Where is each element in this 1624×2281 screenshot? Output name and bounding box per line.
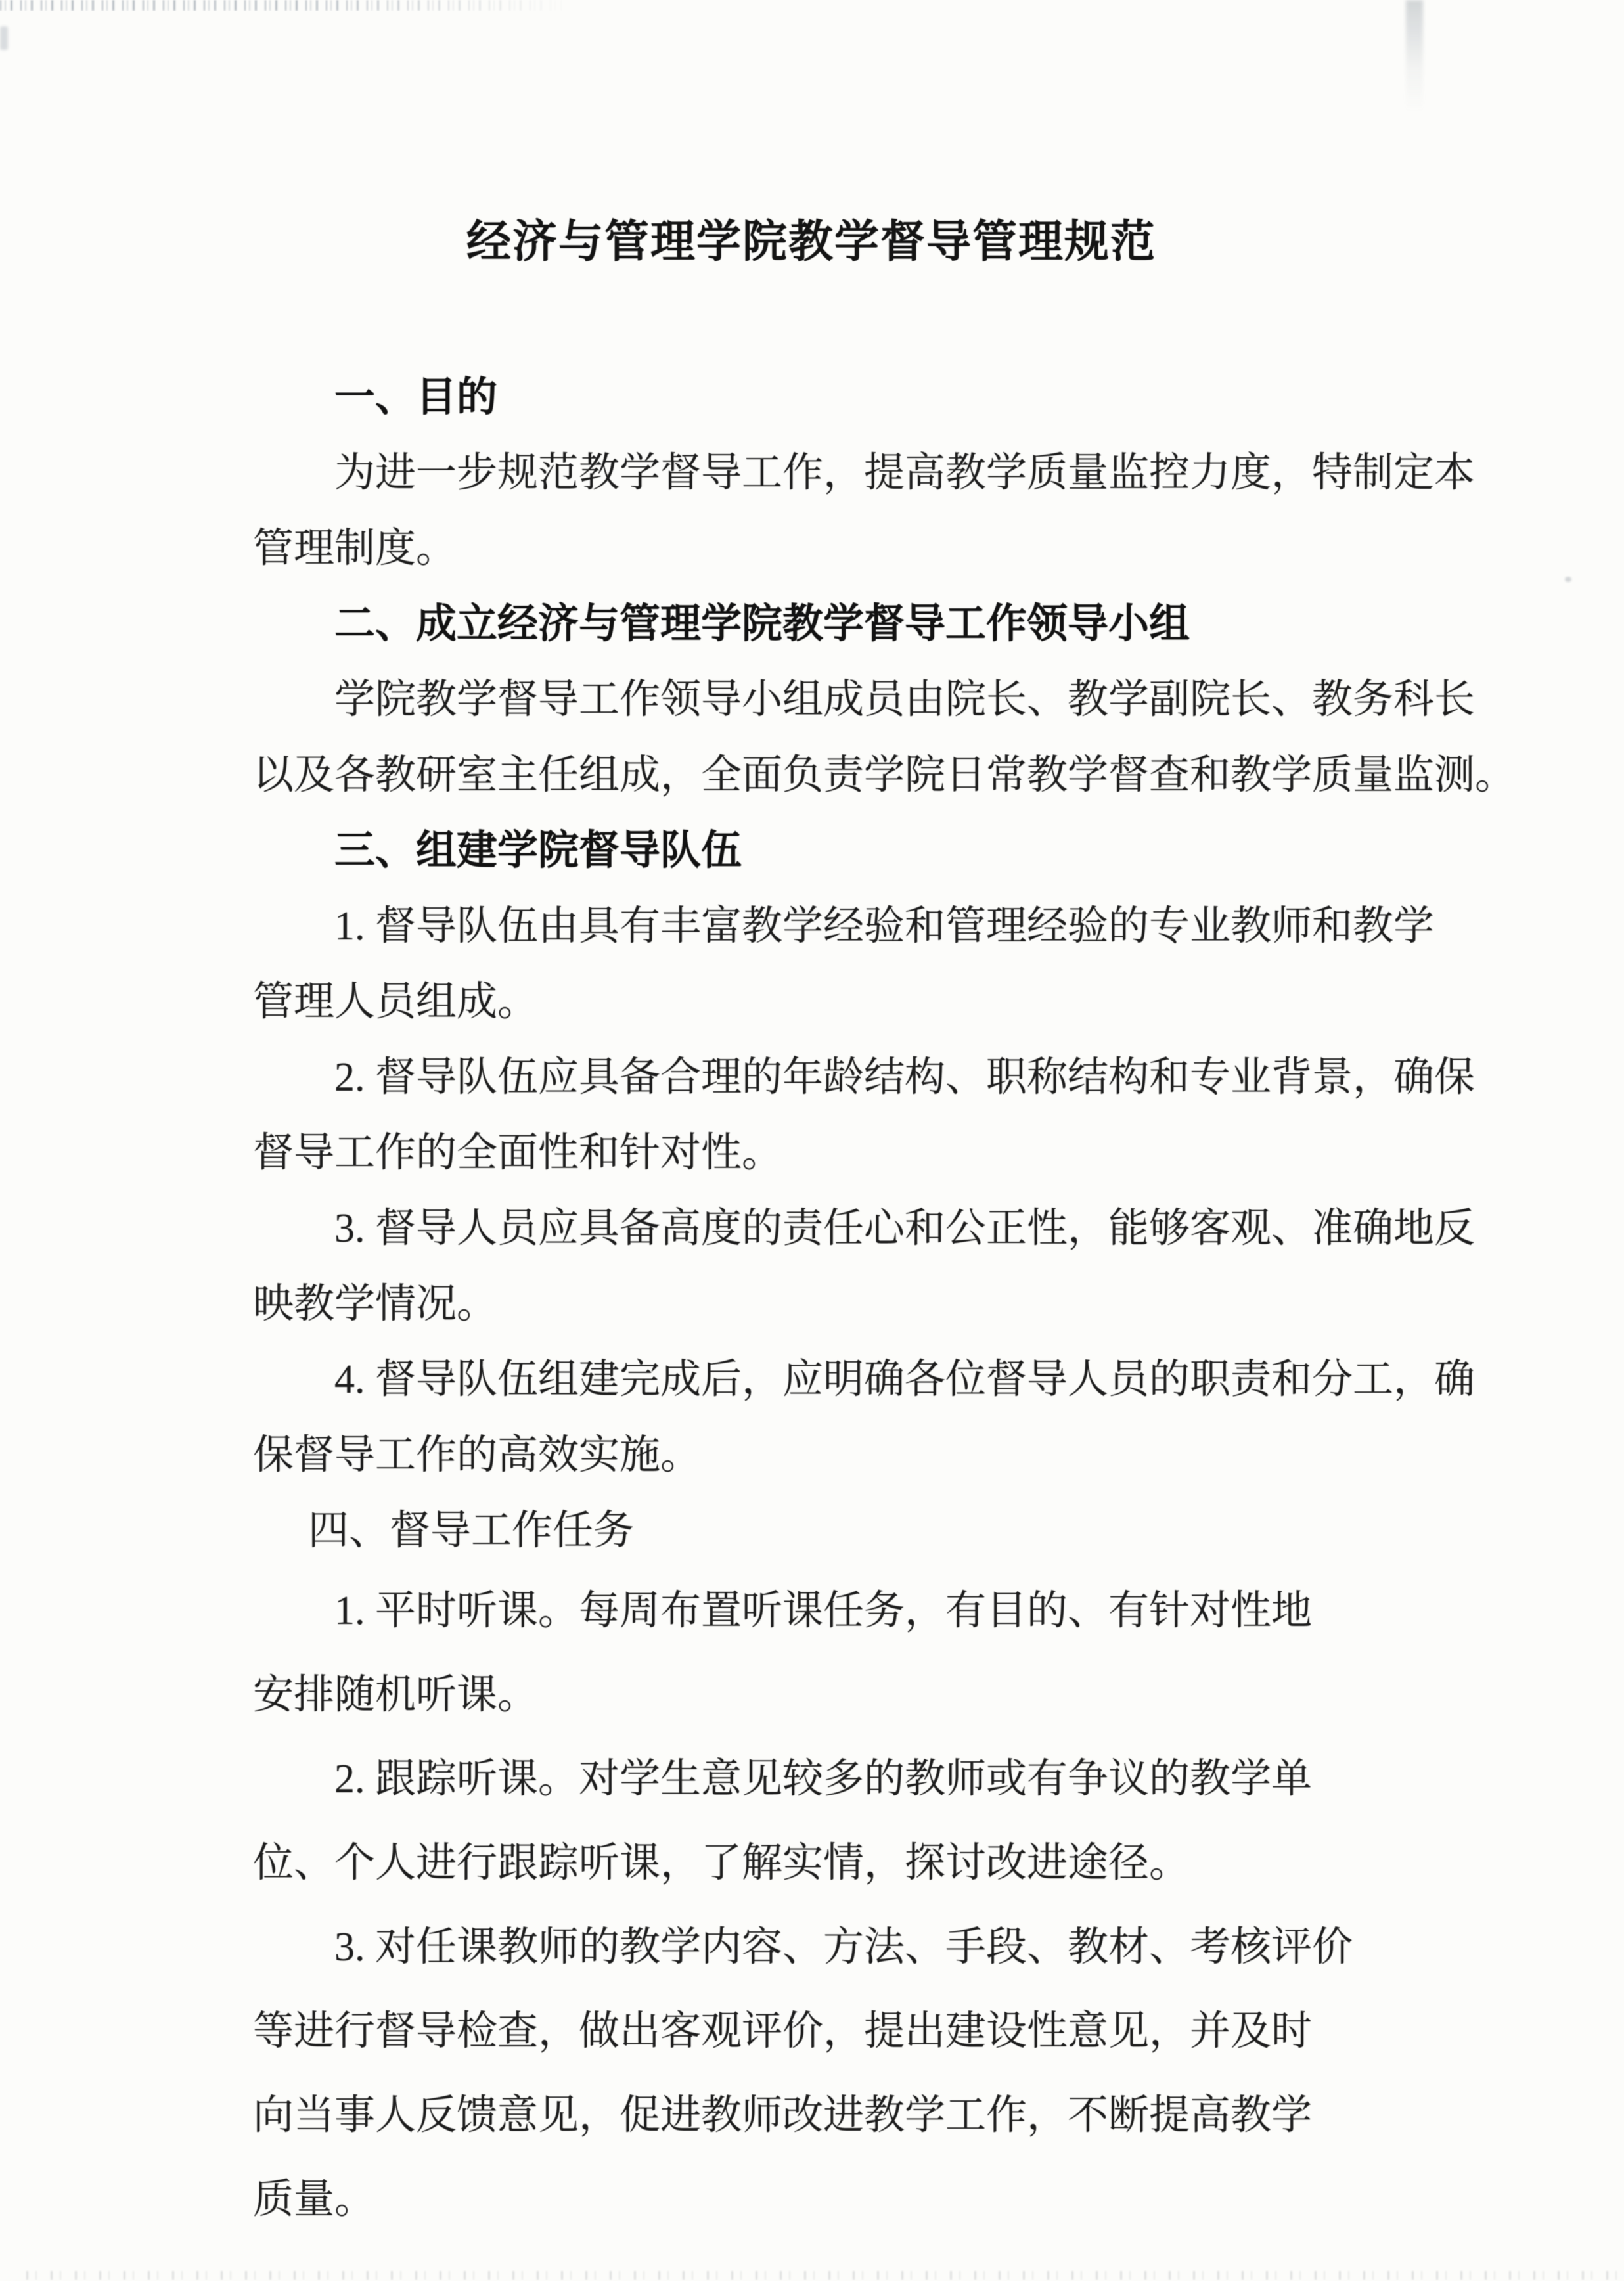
document-line: 1. 平时听课。每周布置听课任务，有目的、有针对性地 (253, 1569, 1560, 1653)
document-line: 等进行督导检查，做出客观评价，提出建设性意见，并及时 (253, 1989, 1560, 2073)
document-line: 督导工作的全面性和针对性。 (253, 1116, 1560, 1191)
section-heading: 一、目的 (253, 360, 1560, 436)
section-heading: 三、组建学院督导队伍 (253, 813, 1560, 889)
document-line: 质量。 (253, 2157, 1560, 2242)
document-line: 1. 督导队伍由具有丰富教学经验和管理经验的专业教师和教学 (253, 889, 1560, 964)
title-block: 经济与管理学院教学督导管理规范 (253, 209, 1370, 275)
document-line: 学院教学督导工作领导小组成员由院长、教学副院长、教务科长 (253, 662, 1560, 738)
document-line: 以及各教研室主任组成，全面负责学院日常教学督查和教学质量监测。 (253, 738, 1560, 813)
document-content: 经济与管理学院教学督导管理规范 一、目的为进一步规范教学督导工作，提高教学质量监… (253, 0, 1560, 2242)
section-heading: 二、成立经济与管理学院教学督导工作领导小组 (253, 587, 1560, 662)
document-line: 管理人员组成。 (253, 964, 1560, 1040)
doc-body: 一、目的为进一步规范教学督导工作，提高教学质量监控力度，特制定本管理制度。二、成… (253, 360, 1560, 2242)
document-title: 经济与管理学院教学督导管理规范 (253, 209, 1370, 275)
scan-artifact-left-edge (0, 26, 8, 50)
document-line: 向当事人反馈意见，促进教师改进教学工作，不断提高教学 (253, 2073, 1560, 2157)
section-heading: 四、督导工作任务 (253, 1493, 1560, 1569)
document-line: 安排随机听课。 (253, 1653, 1560, 1737)
document-line: 2. 跟踪听课。对学生意见较多的教师或有争议的教学单 (253, 1737, 1560, 1821)
document-line: 管理制度。 (253, 511, 1560, 587)
document-line: 映教学情况。 (253, 1267, 1560, 1342)
scanned-page: 经济与管理学院教学督导管理规范 一、目的为进一步规范教学督导工作，提高教学质量监… (0, 0, 1624, 2281)
document-line: 4. 督导队伍组建完成后，应明确各位督导人员的职责和分工，确 (253, 1342, 1560, 1418)
document-line: 位、个人进行跟踪听课，了解实情，探讨改进途径。 (253, 1821, 1560, 1905)
document-line: 2. 督导队伍应具备合理的年龄结构、职称结构和专业背景，确保 (253, 1040, 1560, 1116)
scan-artifact-bottom-edge (26, 2271, 1617, 2280)
document-line: 保督导工作的高效实施。 (253, 1418, 1560, 1493)
scan-speck (1565, 577, 1571, 582)
document-line: 3. 督导人员应具备高度的责任心和公正性，能够客观、准确地反 (253, 1191, 1560, 1267)
document-line: 3. 对任课教师的教学内容、方法、手段、教材、考核评价 (253, 1905, 1560, 1989)
document-line: 为进一步规范教学督导工作，提高教学质量监控力度，特制定本 (253, 436, 1560, 511)
